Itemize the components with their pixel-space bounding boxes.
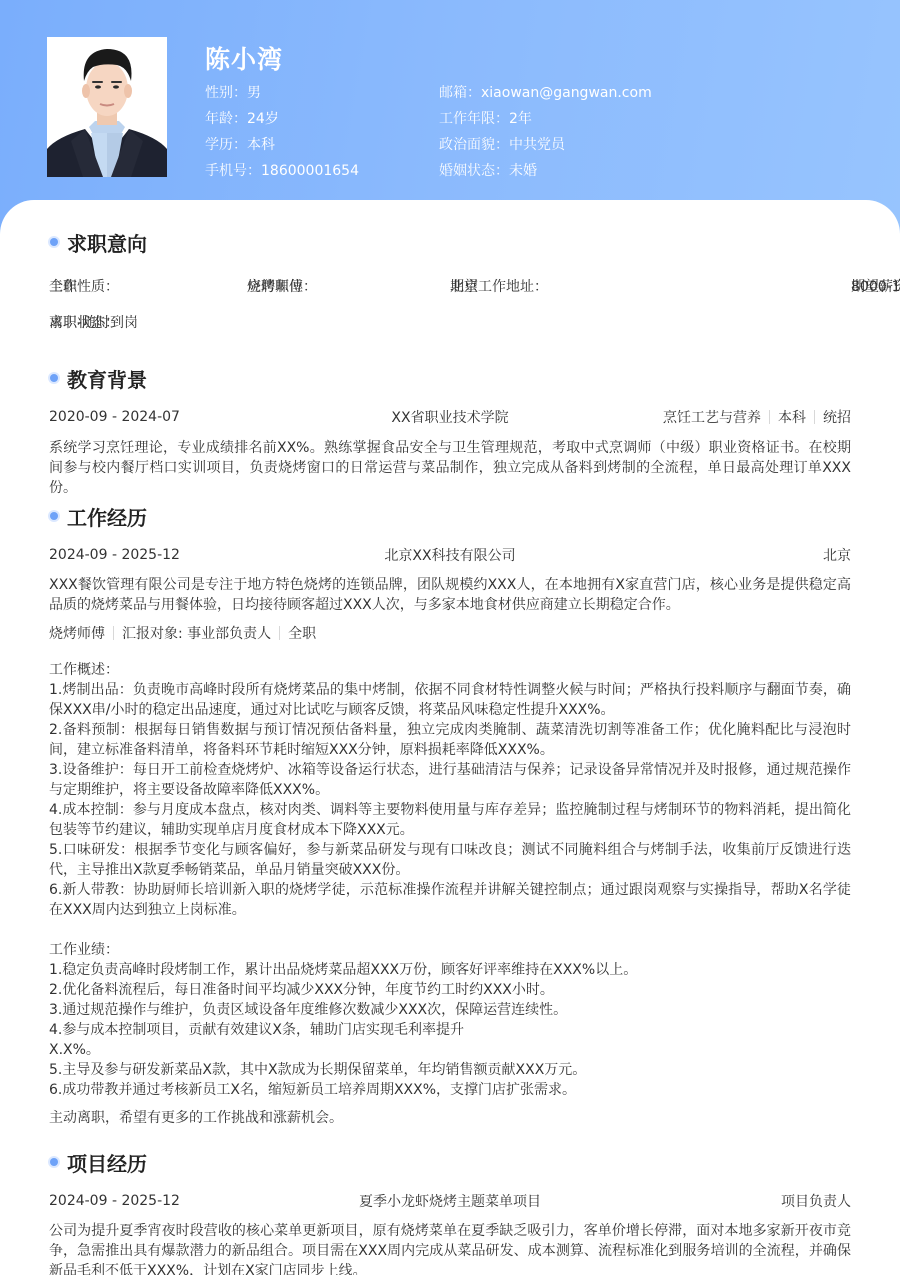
project-period: 2024-09 - 2025-12 <box>49 1193 316 1209</box>
education-level-field: 学历：本科 <box>205 135 359 161</box>
work-years-label: 工作年限： <box>439 111 509 127</box>
political-status-field: 政治面貌：中共党员 <box>439 135 652 161</box>
job-status-value: 离职-随时到岗 <box>49 312 138 332</box>
education-entry-header: 2020-09 - 2024-07 XX省职业技术学院 烹饪工艺与营养本科统招 <box>49 407 851 427</box>
overview-item: 2.备料预制：根据每日销售数据与预订情况预估备料量，独立完成肉类腌制、蔬菜清洗切… <box>49 720 851 760</box>
project-experience-section: 项目经历 2024-09 - 2025-12 夏季小龙虾烧烤主题菜单项目 项目负… <box>49 1147 851 1275</box>
result-item: 5.主导及参与研发新菜品X款，其中X款成为长期保留菜单，年均销售额贡献XXX万元… <box>49 1060 851 1080</box>
results-heading: 工作业绩： <box>49 940 851 960</box>
company-name: 北京XX科技有限公司 <box>316 545 583 565</box>
section-title: 项目经历 <box>67 1148 147 1177</box>
political-status-label: 政治面貌： <box>439 137 509 153</box>
age-field: 年龄：24岁 <box>205 109 359 135</box>
job-intent-section: 求职意向 工作性质：全职 应聘职位：烧烤师傅 期望工作地址：北京 期望薪资：80… <box>49 227 851 332</box>
age-value: 24岁 <box>247 111 279 127</box>
bullet-dot-icon <box>48 510 60 522</box>
section-header: 工作经历 <box>49 501 851 531</box>
project-role: 项目负责人 <box>584 1191 851 1211</box>
project-description: 公司为提升夏季宵夜时段营收的核心菜单更新项目，原有烧烤菜单在夏季缺乏吸引力，客单… <box>49 1221 851 1275</box>
bullet-dot-icon <box>48 236 60 248</box>
bullet-dot-icon <box>48 1156 60 1168</box>
education-description: 系统学习烹饪理论，专业成绩排名前XX%。熟练掌握食品安全与卫生管理规范，考取中式… <box>49 438 851 498</box>
overview-item: 5.口味研发：根据季节变化与顾客偏好，参与新菜品研发与现有口味改良；测试不同腌料… <box>49 840 851 880</box>
email-label: 邮箱： <box>439 85 481 101</box>
age-label: 年龄： <box>205 111 247 127</box>
work-entry-header: 2024-09 - 2025-12 北京XX科技有限公司 北京 <box>49 545 851 565</box>
bullet-dot-icon <box>48 372 60 384</box>
divider <box>113 626 114 640</box>
work-overview: 工作概述： 1.烤制出品：负责晚市高峰时段所有烧烤菜品的集中烤制，依据不同食材特… <box>49 660 851 920</box>
section-header: 项目经历 <box>49 1147 851 1177</box>
result-item: X.X%。 <box>49 1040 851 1060</box>
candidate-name: 陈小湾 <box>205 40 283 76</box>
political-status-value: 中共党员 <box>509 137 565 153</box>
major: 烹饪工艺与营养 <box>663 410 761 426</box>
job-title-tag: 烧烤师傅 <box>49 626 105 642</box>
section-header: 求职意向 <box>49 227 851 257</box>
marital-status-label: 婚姻状态： <box>439 163 509 179</box>
section-title: 求职意向 <box>67 228 147 257</box>
work-results: 工作业绩： 1.稳定负责高峰时段烤制工作，累计出品烧烤菜品超XXX万份，顾客好评… <box>49 940 851 1100</box>
work-years-value: 2年 <box>509 111 532 127</box>
project-entry-header: 2024-09 - 2025-12 夏季小龙虾烧烤主题菜单项目 项目负责人 <box>49 1191 851 1211</box>
gender-field: 性别：男 <box>205 83 359 109</box>
basic-info-left: 性别：男 年龄：24岁 学历：本科 手机号：18600001654 <box>205 83 359 187</box>
education-level-label: 学历： <box>205 137 247 153</box>
email-field: 邮箱：xiaowan@gangwan.com <box>439 83 652 109</box>
work-experience-section: 工作经历 2024-09 - 2025-12 北京XX科技有限公司 北京 XXX… <box>49 501 851 1128</box>
enrollment-type: 统招 <box>823 410 851 426</box>
section-title: 工作经历 <box>67 502 147 531</box>
location-value: 北京 <box>450 276 478 296</box>
phone-field: 手机号：18600001654 <box>205 161 359 187</box>
result-item: 2.优化备料流程后，每日准备时间平均减少XXX分钟，年度节约工时约XXX小时。 <box>49 980 851 1000</box>
intent-row-2: 求职状态：离职-随时到岗 <box>49 312 851 332</box>
work-tags: 烧烤师傅汇报对象: 事业部负责人全职 <box>49 624 851 644</box>
education-level-value: 本科 <box>247 137 275 153</box>
report-to-tag: 汇报对象: 事业部负责人 <box>122 626 271 642</box>
result-item: 6.成功带教并通过考核新员工X名，缩短新员工培养周期XXX%，支撑门店扩张需求。 <box>49 1080 851 1100</box>
section-title: 教育背景 <box>67 364 147 393</box>
marital-status-field: 婚姻状态：未婚 <box>439 161 652 187</box>
gender-label: 性别： <box>205 85 247 101</box>
salary-value: 8000-10000/月 <box>851 276 900 296</box>
intent-row-1: 工作性质：全职 应聘职位：烧烤师傅 期望工作地址：北京 期望薪资：8000-10… <box>49 276 851 296</box>
avatar-photo <box>47 37 167 177</box>
overview-item: 4.成本控制：参与月度成本盘点，核对肉类、调料等主要物料使用量与库存差异；监控腌… <box>49 800 851 840</box>
education-section: 教育背景 2020-09 - 2024-07 XX省职业技术学院 烹饪工艺与营养… <box>49 363 851 498</box>
project-name: 夏季小龙虾烧烤主题菜单项目 <box>316 1191 583 1211</box>
phone-value[interactable]: 18600001654 <box>261 163 359 179</box>
divider <box>814 410 815 424</box>
section-header: 教育背景 <box>49 363 851 393</box>
overview-item: 6.新人带教：协助厨师长培训新入职的烧烤学徒，示范标准操作流程并讲解关键控制点；… <box>49 880 851 920</box>
work-period: 2024-09 - 2025-12 <box>49 547 316 563</box>
school-name: XX省职业技术学院 <box>316 407 583 427</box>
marital-status-value: 未婚 <box>509 163 537 179</box>
position-value: 烧烤师傅 <box>247 276 303 296</box>
work-city: 北京 <box>584 545 851 565</box>
result-item: 4.参与成本控制项目，贡献有效建议X条，辅助门店实现毛利率提升 <box>49 1020 851 1040</box>
degree: 本科 <box>778 410 806 426</box>
employment-type-tag: 全职 <box>288 626 316 642</box>
overview-heading: 工作概述： <box>49 660 851 680</box>
basic-info-right: 邮箱：xiaowan@gangwan.com 工作年限：2年 政治面貌：中共党员… <box>439 83 652 187</box>
divider <box>769 410 770 424</box>
leave-reason: 主动离职，希望有更多的工作挑战和涨薪机会。 <box>49 1108 851 1128</box>
education-period: 2020-09 - 2024-07 <box>49 409 316 425</box>
result-item: 3.通过规范操作与维护，负责区域设备年度维修次数减少XXX次，保障运营连续性。 <box>49 1000 851 1020</box>
overview-item: 1.烤制出品：负责晚市高峰时段所有烧烤菜品的集中烤制，依据不同食材特性调整火候与… <box>49 680 851 720</box>
job-type-value: 全职 <box>49 276 77 296</box>
company-description: XXX餐饮管理有限公司是专注于地方特色烧烤的连锁品牌，团队规模约XXX人，在本地… <box>49 575 851 615</box>
work-years-field: 工作年限：2年 <box>439 109 652 135</box>
result-item: 1.稳定负责高峰时段烤制工作，累计出品烧烤菜品超XXX万份，顾客好评率维持在XX… <box>49 960 851 980</box>
education-meta: 烹饪工艺与营养本科统招 <box>584 407 851 427</box>
gender-value: 男 <box>247 85 261 101</box>
email-value[interactable]: xiaowan@gangwan.com <box>481 85 652 101</box>
phone-label: 手机号： <box>205 163 261 179</box>
overview-item: 3.设备维护：每日开工前检查烧烤炉、冰箱等设备运行状态，进行基础清洁与保养；记录… <box>49 760 851 800</box>
divider <box>279 626 280 640</box>
portrait-icon <box>47 37 167 177</box>
